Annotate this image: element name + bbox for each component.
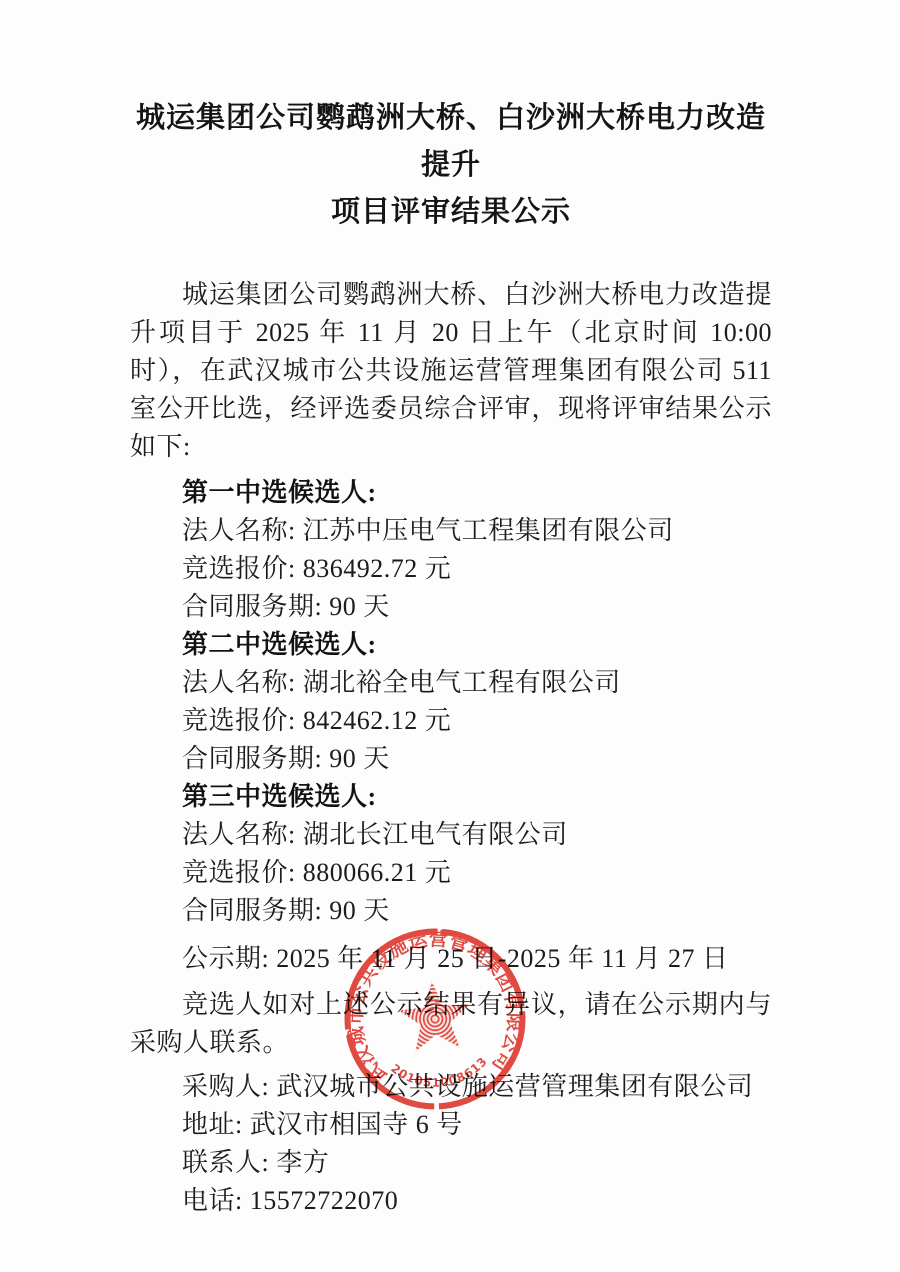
intro-paragraph: 城运集团公司鹦鹉洲大桥、白沙洲大桥电力改造提升项目于 2025 年 11 月 2… — [130, 276, 772, 466]
candidate-1-heading: 第一中选候选人: — [130, 474, 772, 512]
contact-person-line: 联系人: 李方 — [130, 1144, 772, 1182]
document-page: 城运集团公司鹦鹉洲大桥、白沙洲大桥电力改造提升 项目评审结果公示 城运集团公司鹦… — [0, 0, 900, 1272]
candidate-3-bid-price: 竞选报价: 880066.21 元 — [130, 854, 772, 892]
address-line: 地址: 武汉市相国寺 6 号 — [130, 1106, 772, 1144]
phone-line: 电话: 15572722070 — [130, 1182, 772, 1220]
title-line-2: 项目评审结果公示 — [331, 196, 571, 228]
title-line-1: 城运集团公司鹦鹉洲大桥、白沙洲大桥电力改造提升 — [136, 102, 766, 181]
candidate-2-bid-price: 竞选报价: 842462.12 元 — [130, 702, 772, 740]
candidate-1-bid-price: 竞选报价: 836492.72 元 — [130, 550, 772, 588]
candidate-2-service-period: 合同服务期: 90 天 — [130, 740, 772, 778]
candidate-block-1: 第一中选候选人: 法人名称: 江苏中压电气工程集团有限公司 竞选报价: 8364… — [130, 474, 772, 626]
candidate-1-legal-name: 法人名称: 江苏中压电气工程集团有限公司 — [130, 512, 772, 550]
candidate-3-legal-name: 法人名称: 湖北长江电气有限公司 — [130, 816, 772, 854]
contact-section: 采购人: 武汉城市公共设施运营管理集团有限公司 地址: 武汉市相国寺 6 号 联… — [130, 1068, 772, 1220]
purchaser-line: 采购人: 武汉城市公共设施运营管理集团有限公司 — [130, 1068, 772, 1106]
candidate-1-service-period: 合同服务期: 90 天 — [130, 588, 772, 626]
candidate-block-2: 第二中选候选人: 法人名称: 湖北裕全电气工程有限公司 竞选报价: 842462… — [130, 626, 772, 778]
document-body: 城运集团公司鹦鹉洲大桥、白沙洲大桥电力改造提升 项目评审结果公示 城运集团公司鹦… — [130, 95, 772, 1220]
candidate-3-service-period: 合同服务期: 90 天 — [130, 892, 772, 930]
candidates-section: 第一中选候选人: 法人名称: 江苏中压电气工程集团有限公司 竞选报价: 8364… — [130, 474, 772, 930]
candidate-2-heading: 第二中选候选人: — [130, 626, 772, 664]
candidate-2-legal-name: 法人名称: 湖北裕全电气工程有限公司 — [130, 664, 772, 702]
page-title: 城运集团公司鹦鹉洲大桥、白沙洲大桥电力改造提升 项目评审结果公示 — [130, 95, 772, 236]
objection-paragraph: 竞选人如对上述公示结果有异议，请在公示期内与采购人联系。 — [130, 986, 772, 1062]
candidate-3-heading: 第三中选候选人: — [130, 778, 772, 816]
candidate-block-3: 第三中选候选人: 法人名称: 湖北长江电气有限公司 竞选报价: 880066.2… — [130, 778, 772, 930]
publicity-period-line: 公示期: 2025 年 11 月 25 日-2025 年 11 月 27 日 — [130, 940, 772, 978]
